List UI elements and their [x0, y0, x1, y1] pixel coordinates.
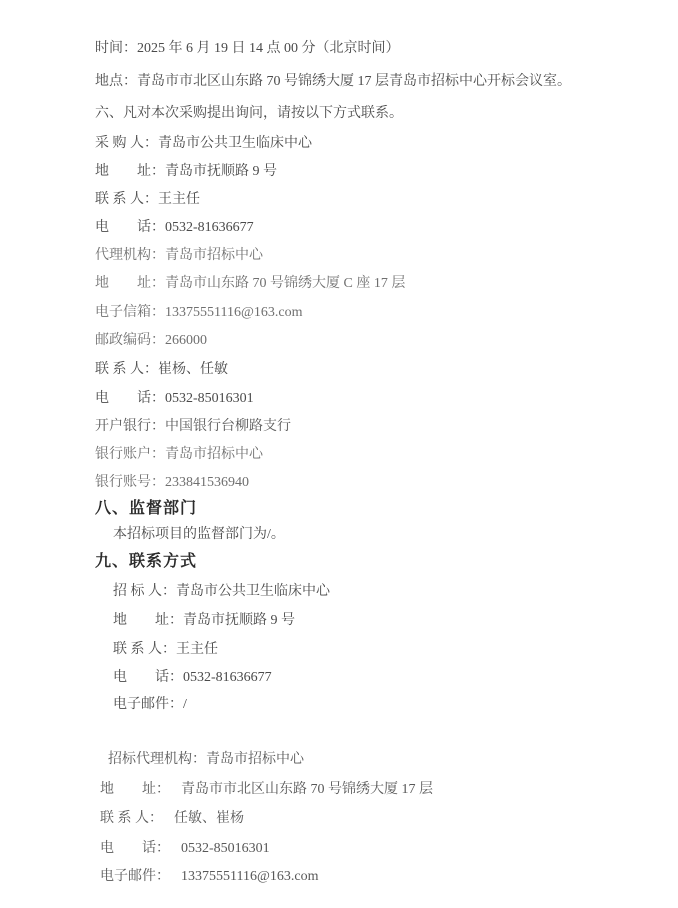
- email-label: 电子邮件：: [113, 697, 183, 712]
- agency-value: 青岛市招标中心: [165, 248, 263, 263]
- meeting-time-line: 时间：2025 年 6 月 19 日 14 点 00 分（北京时间）: [95, 40, 400, 57]
- tenderer-name-line: 招 标 人：青岛市公共卫生临床中心: [113, 583, 330, 600]
- phone-label: 电 话：: [113, 670, 183, 685]
- contact-label: 联 系 人：: [95, 362, 158, 377]
- agency-bank-account-name-line: 银行账户：青岛市招标中心: [95, 446, 263, 463]
- agency-label: 代理机构：: [95, 248, 165, 263]
- email-label: 电子信箱：: [95, 305, 165, 320]
- address-label: 地 址：: [100, 782, 170, 797]
- address-label: 地 址：: [95, 164, 165, 179]
- phone-label: 电 话：: [100, 841, 170, 856]
- agent-phone-line: 电 话：0532-85016301: [100, 840, 270, 857]
- address-value: 青岛市山东路 70 号锦绣大厦 C 座 17 层: [165, 276, 405, 291]
- time-label: 时间：: [95, 41, 137, 56]
- purchaser-value: 青岛市公共卫生临床中心: [158, 136, 312, 151]
- time-value: 2025 年 6 月 19 日 14 点 00 分（北京时间）: [137, 41, 400, 56]
- agency-name-line: 代理机构：青岛市招标中心: [95, 247, 263, 264]
- contact-value: 王主任: [176, 642, 218, 657]
- purchaser-label: 采 购 人：: [95, 136, 158, 151]
- agency-contact-line: 联 系 人：崔杨、任敏: [95, 361, 228, 378]
- agency-phone-line: 电 话：0532-85016301: [95, 390, 254, 407]
- contact-label: 联 系 人：: [113, 642, 176, 657]
- bank-account-label: 银行账户：: [95, 447, 165, 462]
- tenderer-value: 青岛市公共卫生临床中心: [176, 584, 330, 599]
- address-value: 青岛市抚顺路 9 号: [183, 613, 295, 628]
- scanned-bid-document-page: 时间：2025 年 6 月 19 日 14 点 00 分（北京时间） 地点：青岛…: [0, 0, 678, 908]
- phone-value: 0532-81636677: [165, 220, 254, 235]
- phone-value: 0532-81636677: [183, 670, 272, 685]
- agency-address-line: 地 址：青岛市山东路 70 号锦绣大厦 C 座 17 层: [95, 275, 405, 292]
- bank-account-value: 青岛市招标中心: [165, 447, 263, 462]
- contact-label: 联 系 人：: [95, 192, 158, 207]
- tenderer-contact-line: 联 系 人：王主任: [113, 641, 218, 658]
- agent-value: 青岛市招标中心: [206, 752, 304, 767]
- tenderer-phone-line: 电 话：0532-81636677: [113, 669, 272, 686]
- purchaser-phone-line: 电 话：0532-81636677: [95, 219, 254, 236]
- email-value: /: [183, 697, 187, 712]
- bank-label: 开户银行：: [95, 419, 165, 434]
- address-label: 地 址：: [113, 613, 183, 628]
- section-nine-title: 九、联系方式: [95, 552, 197, 571]
- place-label: 地点：: [95, 74, 137, 89]
- bank-value: 中国银行台柳路支行: [165, 419, 291, 434]
- address-label: 地 址：: [95, 276, 165, 291]
- address-value: 青岛市市北区山东路 70 号锦绣大厦 17 层: [181, 782, 433, 797]
- agent-label: 招标代理机构：: [108, 752, 206, 767]
- section-six-title: 六、凡对本次采购提出询问，请按以下方式联系。: [95, 105, 403, 122]
- purchaser-address-line: 地 址：青岛市抚顺路 9 号: [95, 163, 277, 180]
- tenderer-address-line: 地 址：青岛市抚顺路 9 号: [113, 612, 295, 629]
- purchaser-name-line: 采 购 人：青岛市公共卫生临床中心: [95, 135, 312, 152]
- email-value: 13375551116@163.com: [165, 305, 302, 320]
- bank-number-value: 233841536940: [165, 475, 249, 490]
- email-label: 电子邮件：: [100, 869, 170, 884]
- contact-value: 任敏、崔杨: [174, 811, 244, 826]
- contact-label: 联 系 人：: [100, 811, 163, 826]
- agent-name-line: 招标代理机构：青岛市招标中心: [108, 751, 304, 768]
- tenderer-email-line: 电子邮件：/: [113, 696, 187, 713]
- place-value: 青岛市市北区山东路 70 号锦绣大厦 17 层青岛市招标中心开标会议室。: [137, 74, 571, 89]
- email-value: 13375551116@163.com: [181, 869, 318, 884]
- tenderer-label: 招 标 人：: [113, 584, 176, 599]
- phone-value: 0532-85016301: [165, 391, 254, 406]
- section-eight-body: 本招标项目的监督部门为/。: [113, 526, 285, 543]
- postcode-value: 266000: [165, 333, 207, 348]
- address-value: 青岛市抚顺路 9 号: [165, 164, 277, 179]
- agency-email-line: 电子信箱：13375551116@163.com: [95, 304, 302, 321]
- agent-contact-line: 联 系 人：任敏、崔杨: [100, 810, 244, 827]
- phone-value: 0532-85016301: [181, 841, 270, 856]
- meeting-place-line: 地点：青岛市市北区山东路 70 号锦绣大厦 17 层青岛市招标中心开标会议室。: [95, 73, 571, 90]
- phone-label: 电 话：: [95, 220, 165, 235]
- agent-address-line: 地 址：青岛市市北区山东路 70 号锦绣大厦 17 层: [100, 781, 433, 798]
- section-eight-title: 八、监督部门: [95, 499, 197, 518]
- phone-label: 电 话：: [95, 391, 165, 406]
- postcode-label: 邮政编码：: [95, 333, 165, 348]
- bank-number-label: 银行账号：: [95, 475, 165, 490]
- agency-bank-line: 开户银行：中国银行台柳路支行: [95, 418, 291, 435]
- purchaser-contact-line: 联 系 人：王主任: [95, 191, 200, 208]
- contact-value: 崔杨、任敏: [158, 362, 228, 377]
- contact-value: 王主任: [158, 192, 200, 207]
- agency-postcode-line: 邮政编码：266000: [95, 332, 207, 349]
- agency-bank-number-line: 银行账号：233841536940: [95, 474, 249, 491]
- agent-email-line: 电子邮件：13375551116@163.com: [100, 868, 318, 885]
